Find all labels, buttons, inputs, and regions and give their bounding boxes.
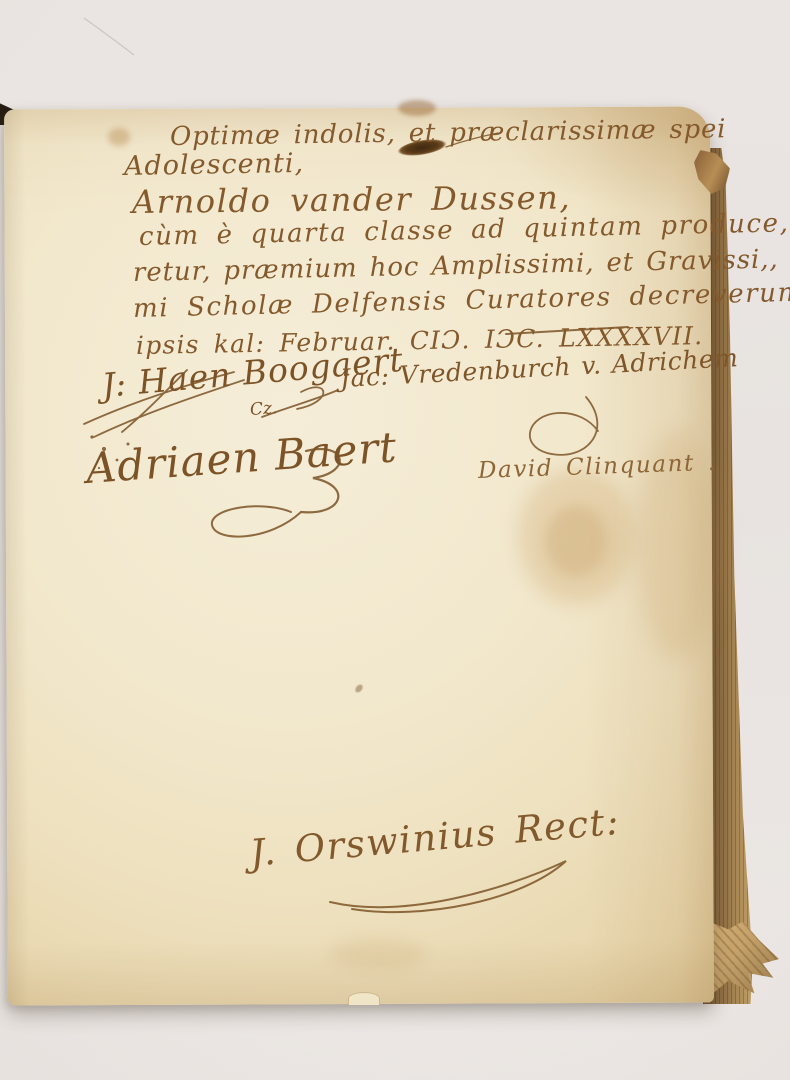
inscription-line-2: Adolescenti, <box>124 148 305 182</box>
photo-backdrop: Optimæ indolis, et præclarissimæ spei Ad… <box>0 0 790 1080</box>
page-fold-bottom-edge <box>348 992 380 1005</box>
signature-boogaert-paraph: Cz. <box>249 398 278 420</box>
